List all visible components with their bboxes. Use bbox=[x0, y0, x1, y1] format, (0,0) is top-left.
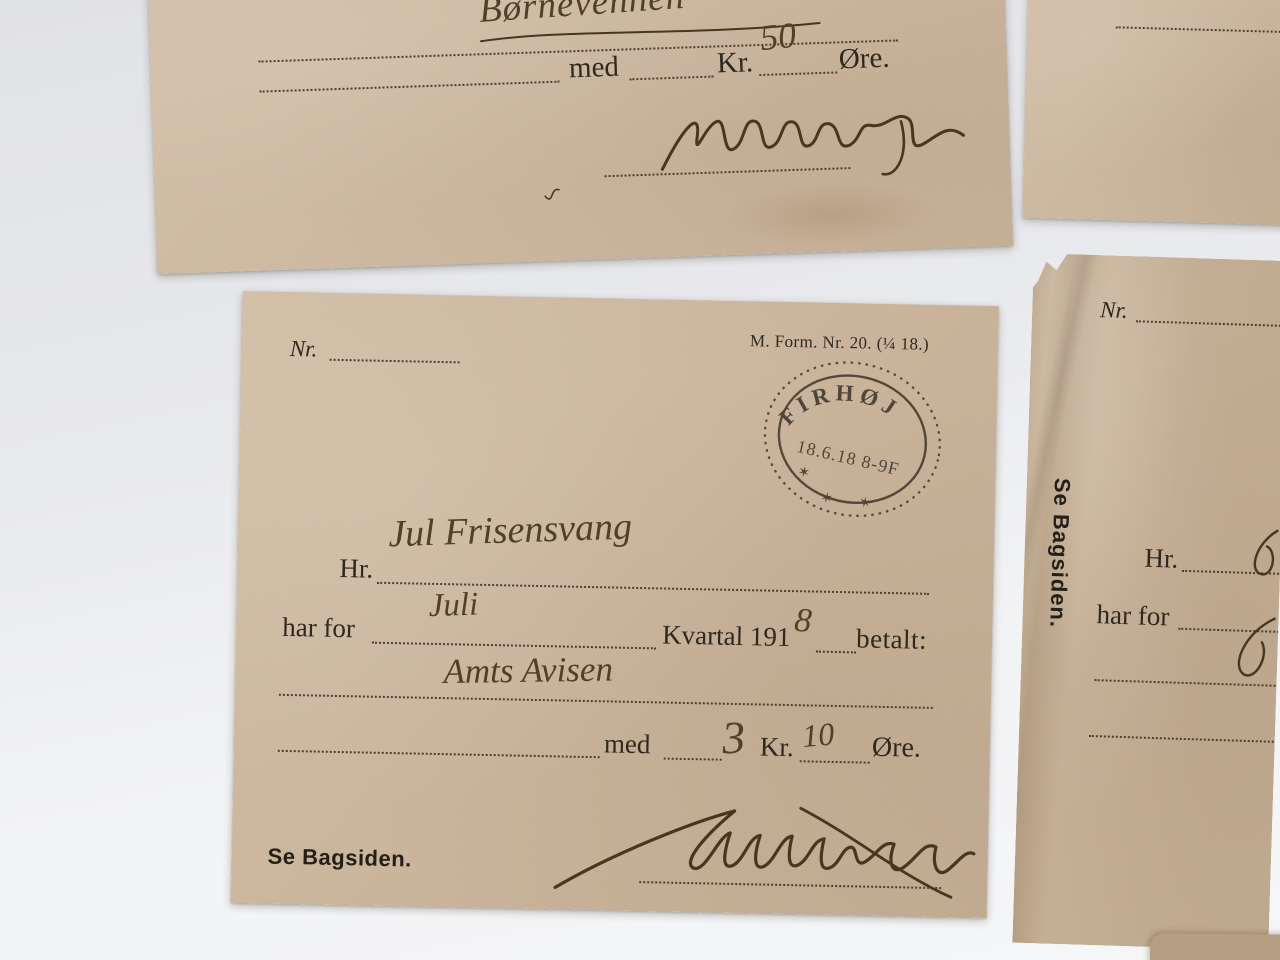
star-icon: ✶ bbox=[796, 464, 812, 482]
postmark-stamp: FIRHØJ 18.6.18 8-9F ✶ ✶ ✶ bbox=[744, 340, 961, 540]
handwritten-ore-amount: 10 bbox=[801, 715, 836, 755]
photo-of-receipts: n. Børnevennen med Kr. 50 Øre. Nr. M. Fo… bbox=[0, 0, 1280, 960]
handwritten-ore-amount: 50 bbox=[758, 14, 798, 59]
ore-label: Øre. bbox=[838, 42, 890, 77]
handwritten-kroner-amount: 3 bbox=[721, 710, 747, 764]
receipt-card-top-left: n. Børnevennen med Kr. 50 Øre. bbox=[147, 0, 1013, 274]
med-label: med bbox=[604, 728, 651, 760]
har-for-label: har for bbox=[282, 612, 355, 644]
dotted-line bbox=[664, 758, 722, 761]
handwritten-year-digit: 8 bbox=[793, 602, 813, 641]
nr-label: Nr. bbox=[1100, 297, 1128, 324]
hr-label: Hr. bbox=[339, 553, 373, 585]
dotted-line bbox=[260, 81, 560, 93]
betalt-label: betalt: bbox=[856, 623, 928, 655]
se-bagsiden-vertical-label: Se Bagsiden. bbox=[1044, 478, 1075, 629]
dotted-line bbox=[330, 359, 460, 364]
receipt-card-center: Nr. M. Form. Nr. 20. (¼ 18.) FIRHØJ 18.6… bbox=[231, 291, 999, 918]
receipt-card-bottom-right-corner bbox=[1150, 933, 1280, 960]
svg-text:FIRHØJ: FIRHØJ bbox=[771, 364, 907, 454]
postmark-town: FIRHØJ bbox=[771, 364, 907, 454]
dotted-line bbox=[816, 651, 856, 654]
dotted-line bbox=[279, 694, 933, 709]
handwriting-loop bbox=[1225, 611, 1279, 687]
kroner-label: Kr. bbox=[760, 731, 794, 763]
handwritten-period: Juli bbox=[428, 586, 479, 625]
ore-label: Øre. bbox=[872, 732, 922, 765]
se-bagsiden-label: Se Bagsiden. bbox=[267, 844, 412, 873]
dotted-line bbox=[372, 642, 656, 650]
stray-pen-mark bbox=[543, 187, 562, 204]
dotted-line bbox=[1116, 26, 1280, 34]
hr-label: Hr. bbox=[1144, 543, 1179, 575]
receipt-card-right: Nr. Se Bagsiden. Hr. har for bbox=[1012, 253, 1280, 951]
kvartal-label: Kvartal 191 bbox=[662, 619, 791, 653]
star-icon: ✶ bbox=[856, 494, 872, 512]
kroner-label: Kr. bbox=[716, 46, 753, 80]
nr-label: Nr. bbox=[290, 336, 318, 363]
dotted-line bbox=[759, 71, 837, 76]
star-icon: ✶ bbox=[818, 490, 834, 508]
dotted-line bbox=[800, 760, 870, 763]
med-label: med bbox=[568, 51, 619, 86]
dotted-line bbox=[278, 750, 600, 758]
handwritten-item: Amts Avisen bbox=[443, 650, 613, 693]
handwriting-loop bbox=[1242, 526, 1280, 591]
paper-texture bbox=[1022, 0, 1280, 226]
handwritten-recipient: Jul Frisensvang bbox=[388, 504, 633, 556]
dotted-line bbox=[629, 76, 713, 81]
postmark-datetime: 18.6.18 8-9F bbox=[795, 436, 901, 479]
receipt-card-top-right bbox=[1022, 0, 1280, 226]
signature-scrawl bbox=[650, 89, 973, 192]
har-for-label: har for bbox=[1096, 599, 1170, 632]
